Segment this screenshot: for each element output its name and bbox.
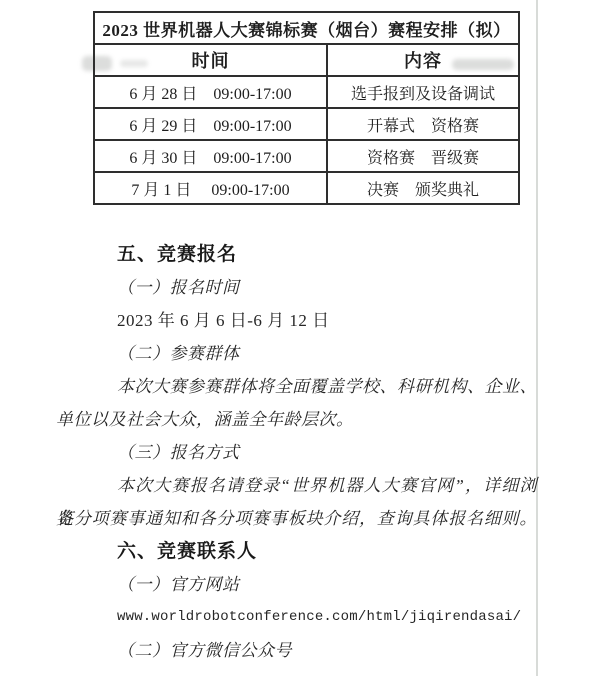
column-header-time: 时间 bbox=[94, 44, 327, 76]
cell-content: 开幕式 资格赛 bbox=[327, 108, 519, 140]
para-5-3-line-2: 各分项赛事通知和各分项赛事板块介绍，查询具体报名细则。 bbox=[56, 502, 537, 535]
registration-date: 2023 年 6 月 6 日-6 月 12 日 bbox=[56, 304, 537, 337]
table-header-row: 时间 内容 bbox=[94, 44, 519, 76]
cell-time: 6 月 29 日 09:00-17:00 bbox=[94, 108, 327, 140]
cell-time: 7 月 1 日 09:00-17:00 bbox=[94, 172, 327, 204]
subheading-5-2: （二）参赛群体 bbox=[56, 337, 537, 370]
schedule-table: 2023 世界机器人大赛锦标赛（烟台）赛程安排（拟） 时间 内容 6 月 28 … bbox=[93, 11, 520, 205]
scanned-document-page: 2023 世界机器人大赛锦标赛（烟台）赛程安排（拟） 时间 内容 6 月 28 … bbox=[0, 0, 605, 676]
table-row: 6 月 29 日 09:00-17:00 开幕式 资格赛 bbox=[94, 108, 519, 140]
table-row: 7 月 1 日 09:00-17:00 决赛 颁奖典礼 bbox=[94, 172, 519, 204]
column-header-content: 内容 bbox=[327, 44, 519, 76]
table-row: 6 月 28 日 09:00-17:00 选手报到及设备调试 bbox=[94, 76, 519, 108]
section-heading-5: 五、竞赛报名 bbox=[56, 238, 537, 271]
cell-time: 6 月 28 日 09:00-17:00 bbox=[94, 76, 327, 108]
para-5-2-line-2: 单位以及社会大众，涵盖全年龄层次。 bbox=[56, 403, 537, 436]
cell-content: 决赛 颁奖典礼 bbox=[327, 172, 519, 204]
subheading-6-2: （二）官方微信公众号 bbox=[56, 634, 537, 667]
cell-content: 资格赛 晋级赛 bbox=[327, 140, 519, 172]
section-heading-6: 六、竞赛联系人 bbox=[56, 535, 537, 568]
subheading-5-1: （一）报名时间 bbox=[56, 271, 537, 304]
subheading-6-1: （一）官方网站 bbox=[56, 568, 537, 601]
table-title: 2023 世界机器人大赛锦标赛（烟台）赛程安排（拟） bbox=[94, 12, 519, 44]
para-5-3-line-1: 本次大赛报名请登录“世界机器人大赛官网”，详细浏览 bbox=[56, 469, 537, 502]
subheading-5-3: （三）报名方式 bbox=[56, 436, 537, 469]
cell-content: 选手报到及设备调试 bbox=[327, 76, 519, 108]
cell-time: 6 月 30 日 09:00-17:00 bbox=[94, 140, 327, 172]
document-body: 五、竞赛报名 （一）报名时间 2023 年 6 月 6 日-6 月 12 日 （… bbox=[56, 238, 537, 667]
table-row: 6 月 30 日 09:00-17:00 资格赛 晋级赛 bbox=[94, 140, 519, 172]
para-5-2-line-1: 本次大赛参赛群体将全面覆盖学校、科研机构、企业、 bbox=[56, 370, 537, 403]
table-title-row: 2023 世界机器人大赛锦标赛（烟台）赛程安排（拟） bbox=[94, 12, 519, 44]
official-website-url: www.worldrobotconference.com/html/jiqire… bbox=[56, 601, 537, 634]
